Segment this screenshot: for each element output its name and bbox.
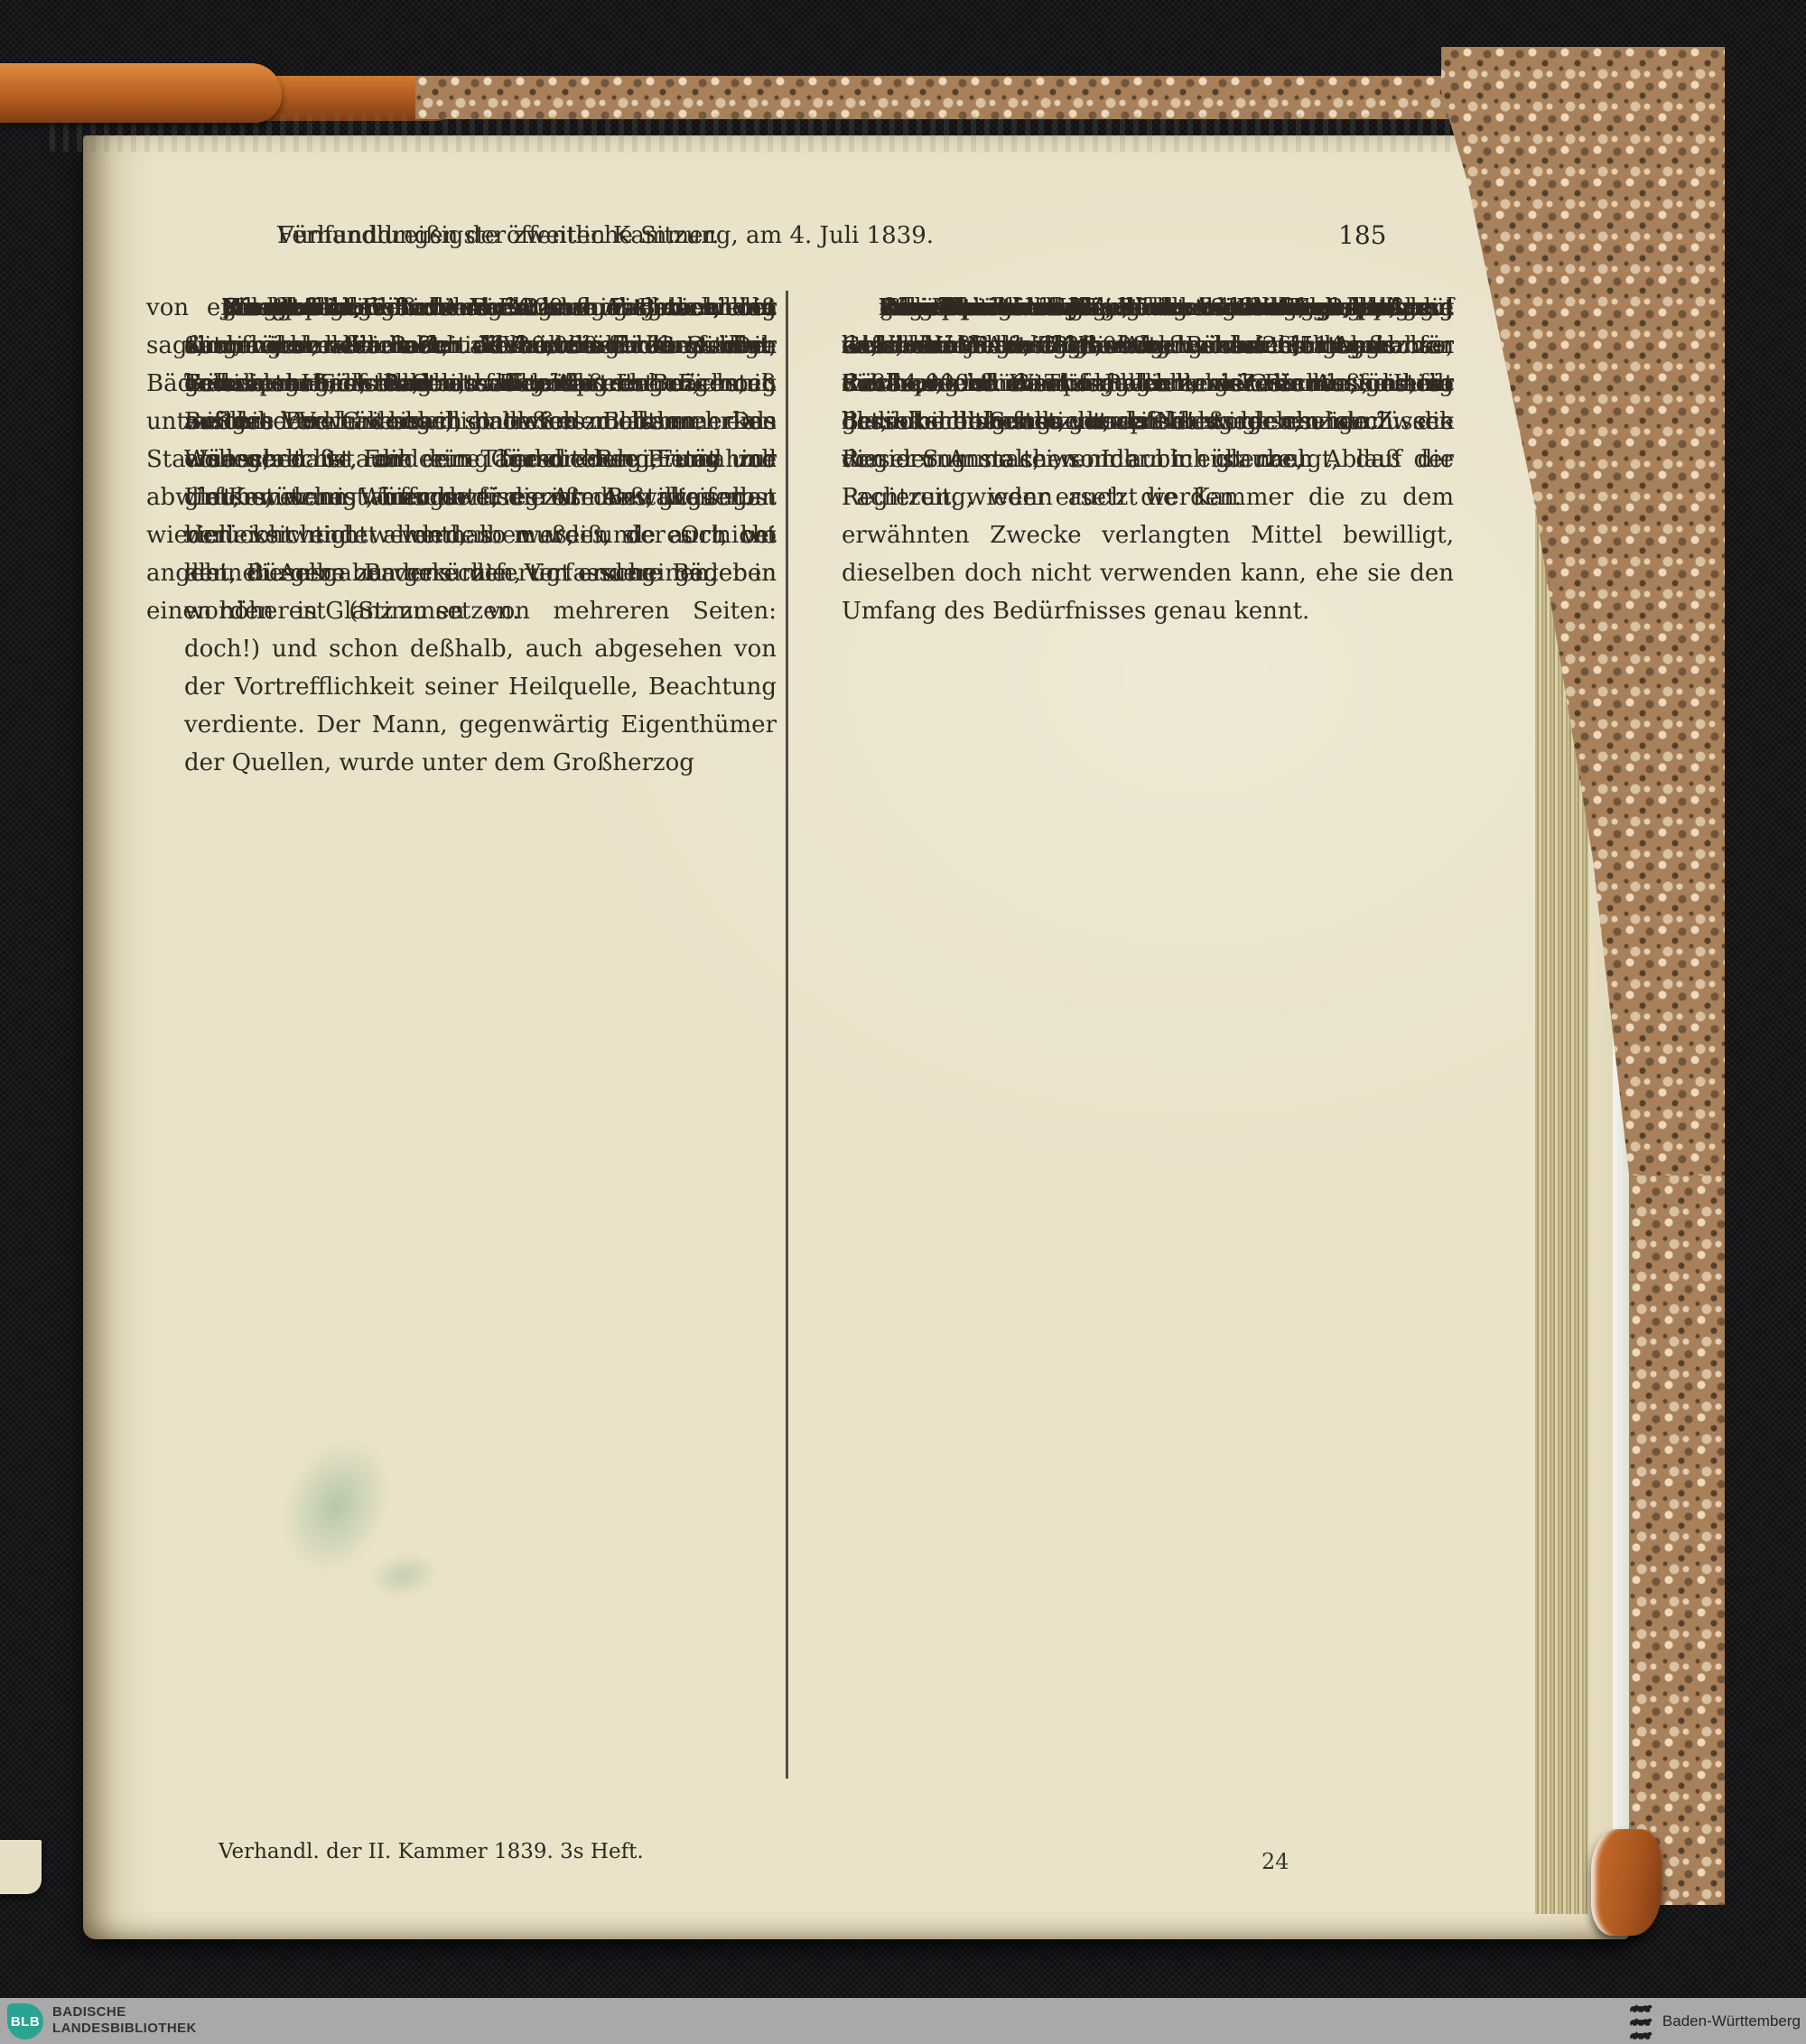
viewer-footer-bar: BLB BADISCHE LANDESBIBLIOTHEK Baden-Würt… xyxy=(0,1998,1806,2044)
library-name-line2: LANDESBIBLIOTHEK xyxy=(52,2021,197,2037)
page-block-top-edge xyxy=(50,114,1616,152)
book-scan-viewer: Verhandlungen der zweiten Kammer. Fünfun… xyxy=(0,0,1806,2044)
cover-leather-corner-bottom xyxy=(1591,1829,1662,1936)
ink-smudge xyxy=(229,1386,442,1626)
running-title-right: Fünfunddreißigste öffentliche Sitzung, a… xyxy=(277,222,934,249)
state-branding: Baden-Württemberg xyxy=(1627,2002,1801,2041)
baden-wuerttemberg-coat-of-arms-icon xyxy=(1627,2002,1654,2041)
library-name: BADISCHE LANDESBIBLIOTHEK xyxy=(52,2004,197,2037)
signature-mark: 24 xyxy=(1261,1849,1289,1874)
column-divider-rule xyxy=(786,291,788,1779)
page-number: 185 xyxy=(1338,220,1386,250)
text-run: Durch den höhern Pachtzins in Baden, der… xyxy=(184,289,777,403)
blb-logo-text: BLB xyxy=(11,2014,40,2030)
facing-page-corner xyxy=(0,1840,42,1894)
blb-logo-icon: BLB xyxy=(7,2003,43,2039)
volume-footer-note: Verhandl. der II. Kammer 1839. 3s Heft. xyxy=(219,1840,644,1863)
ink-smudge xyxy=(349,1534,459,1616)
spine-leather-headcap xyxy=(0,63,282,123)
state-label: Baden-Württemberg xyxy=(1662,2012,1801,2030)
library-name-line1: BADISCHE xyxy=(52,2004,197,2021)
text-run: Obschon in dem Bericht davon gesprochen … xyxy=(842,289,1454,478)
book-page: Verhandlungen der zweiten Kammer. Fünfun… xyxy=(83,135,1629,1939)
